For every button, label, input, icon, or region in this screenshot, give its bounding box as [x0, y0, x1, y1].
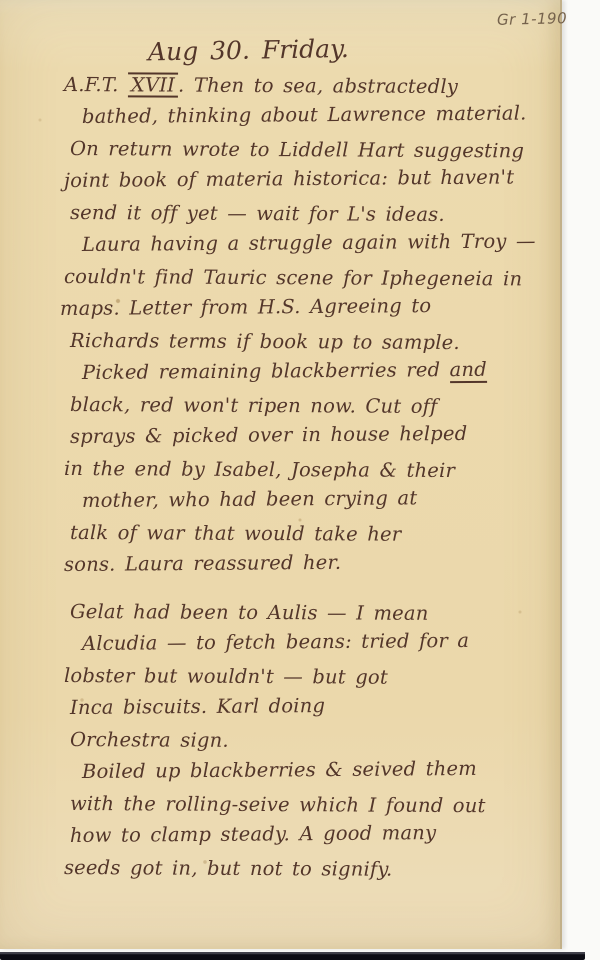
line-text: A.F.T. [64, 73, 128, 96]
manuscript-line: seeds got in, but not to signify. [64, 852, 542, 887]
line-text: Picked remaining blackberries red [82, 358, 450, 384]
manuscript-line: bathed, thinking about Lawrence material… [82, 97, 542, 133]
manuscript-line: how to clamp steady. A good many [70, 816, 542, 852]
manuscript-line: maps. Letter from H.S. Agreeing to [60, 289, 542, 325]
manuscript-line: Boiled up blackberries & seived them [82, 752, 542, 788]
manuscript-line: Inca biscuits. Karl doing [70, 688, 542, 724]
manuscript-line: Picked remaining blackberries red and [82, 353, 542, 389]
roman-numeral-xvii: XVII [128, 72, 178, 98]
line-text: . Then to sea, abstractedly [178, 74, 458, 98]
manuscript-line: Alcudia — to fetch beans: tried for a [82, 624, 542, 660]
handwritten-entry: Aug 30. Friday. A.F.T. XVII. Then to sea… [0, 0, 562, 884]
date-heading: Aug 30. Friday. [148, 31, 542, 67]
manuscript-line: mother, who had been crying at [82, 481, 542, 517]
manuscript-line: sons. Laura reassured her. [64, 545, 542, 581]
scanner-edge-strip [0, 952, 585, 960]
manuscript-line: joint book of materia historica: but hav… [64, 161, 542, 197]
manuscript-line: sprays & picked over in house helped [70, 417, 542, 453]
manuscript-line: Laura having a struggle again with Troy … [82, 225, 542, 261]
underlined-word: and [450, 358, 487, 383]
